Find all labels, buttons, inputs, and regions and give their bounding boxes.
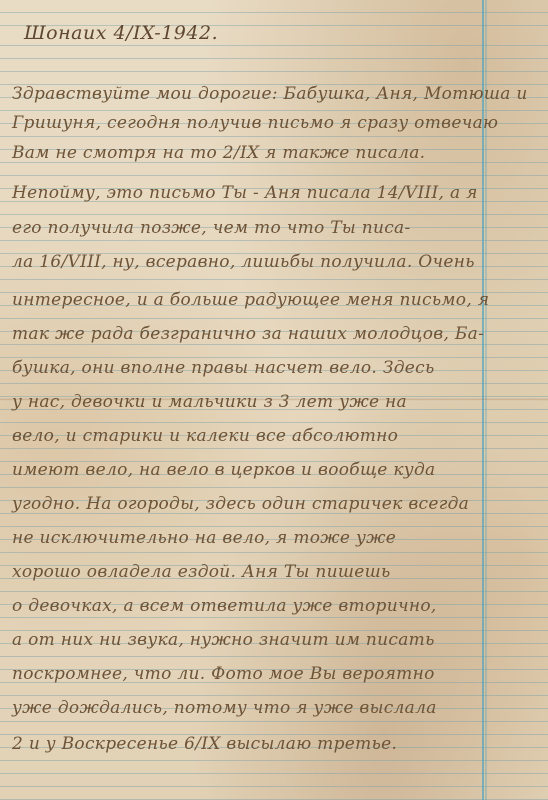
letter-line: уже дождались, потому что я уже выслала: [12, 698, 548, 718]
letter-line: так же рада безгранично за наших молодцо…: [12, 324, 548, 344]
letter-line: вело, и старики и калеки все абсолютно: [12, 426, 548, 446]
letter-page: Шонаих 4/IX-1942. Здравствуйте мои дорог…: [0, 0, 548, 800]
letter-line: имеют вело, на вело в церков и вообще ку…: [12, 460, 548, 480]
letter-line: его получила позже, чем то что Ты писа-: [12, 218, 548, 238]
letter-line: ла 16/VIII, ну, всеравно, лишьбы получил…: [12, 252, 548, 272]
letter-line: 2 и у Воскресенье 6/IX высылаю третье.: [12, 734, 548, 754]
letter-line: Вам не смотря на то 2/IX я также писала.: [12, 143, 548, 163]
letter-line: поскромнее, что ли. Фото мое Вы вероятно: [12, 664, 548, 684]
letter-line: интересное, и а больше радующее меня пис…: [12, 290, 548, 310]
letter-line: бушка, они вполне правы насчет вело. Зде…: [12, 358, 548, 378]
letter-line: Здравствуйте мои дорогие: Бабушка, Аня, …: [12, 84, 548, 104]
letter-line: угодно. На огороды, здесь один старичек …: [12, 494, 548, 514]
letter-line: не исключительно на вело, я тоже уже: [12, 528, 548, 548]
letter-line: а от них ни звука, нужно значит им писат…: [12, 630, 548, 650]
letter-line: у нас, девочки и мальчики з 3 лет уже на: [12, 392, 548, 412]
place-date-heading: Шонаих 4/IX-1942.: [24, 22, 218, 44]
letter-line: о девочках, а всем ответила уже вторично…: [12, 596, 548, 616]
letter-line: Гришуня, сегодня получив письмо я сразу …: [12, 113, 548, 133]
letter-line: хорошо овладела ездой. Аня Ты пишешь: [12, 562, 548, 582]
letter-text: Шонаих 4/IX-1942. Здравствуйте мои дорог…: [0, 0, 548, 800]
letter-line: Непойму, это письмо Ты - Аня писала 14/V…: [12, 183, 548, 203]
